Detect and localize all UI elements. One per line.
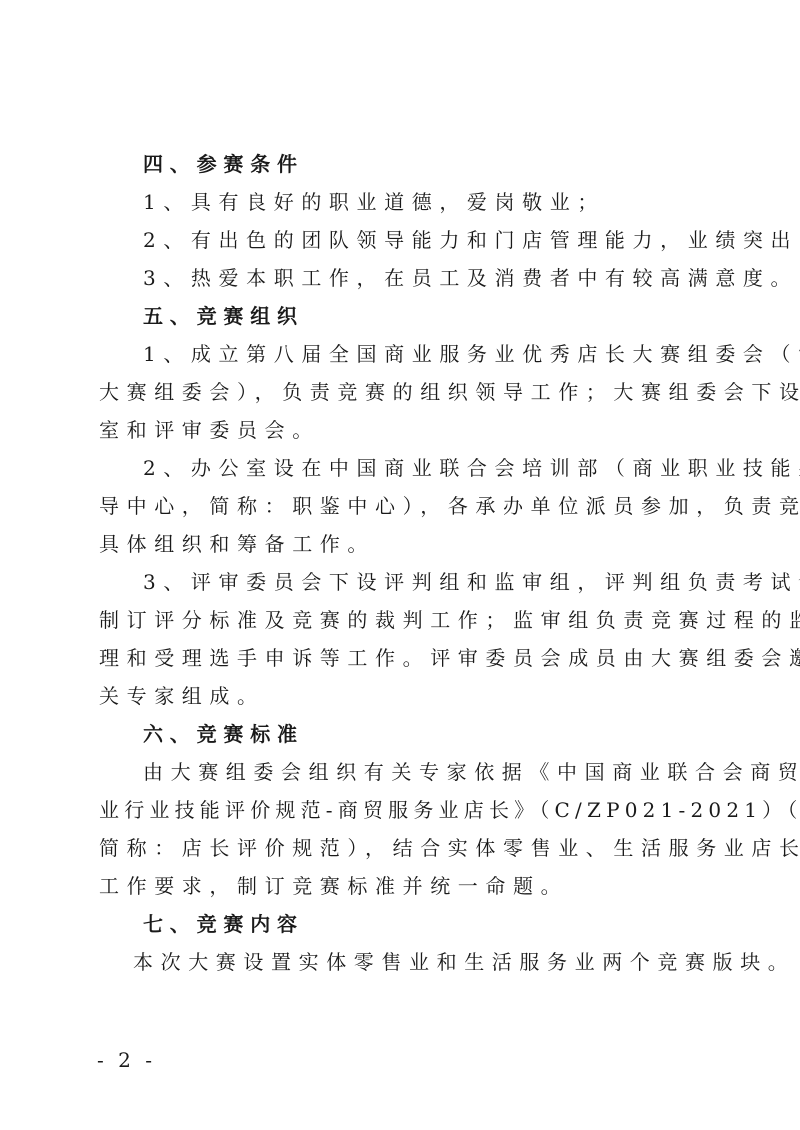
paragraph-line: 简称：店长评价规范），结合实体零售业、生活服务业店长实际 [99, 829, 701, 867]
document-page: 四、参赛条件 1、具有良好的职业道德，爱岗敬业； 2、有出色的团队领导能力和门店… [99, 145, 701, 981]
section-heading-4: 四、参赛条件 [99, 145, 701, 183]
section-heading-7: 七、竞赛内容 [99, 905, 701, 943]
paragraph-line: 关专家组成。 [99, 677, 701, 715]
paragraph-line: 3、评审委员会下设评判组和监审组，评判组负责考试命题、 [99, 563, 701, 601]
paragraph-line: 由大赛组委会组织有关专家依据《中国商业联合会商贸服务 [99, 753, 701, 791]
paragraph-line: 1、成立第八届全国商业服务业优秀店长大赛组委会（简称： [99, 335, 701, 373]
page-number: - 2 - [97, 1048, 156, 1072]
paragraph-line: 1、具有良好的职业道德，爱岗敬业； [99, 183, 701, 221]
paragraph-line: 大赛组委会），负责竞赛的组织领导工作；大赛组委会下设办公 [99, 373, 701, 411]
paragraph-line: 本次大赛设置实体零售业和生活服务业两个竞赛版块。 [99, 943, 701, 981]
paragraph-line: 业行业技能评价规范-商贸服务业店长》（C/ZP021-2021）（以下 [99, 791, 701, 829]
paragraph-line: 室和评审委员会。 [99, 411, 701, 449]
paragraph-line: 理和受理选手申诉等工作。评审委员会成员由大赛组委会邀请有 [99, 639, 701, 677]
paragraph-line: 工作要求，制订竞赛标准并统一命题。 [99, 867, 701, 905]
paragraph-line: 制订评分标准及竞赛的裁判工作；监审组负责竞赛过程的监督管 [99, 601, 701, 639]
paragraph-line: 3、热爱本职工作，在员工及消费者中有较高满意度。 [99, 259, 701, 297]
section-heading-6: 六、竞赛标准 [99, 715, 701, 753]
paragraph-line: 2、有出色的团队领导能力和门店管理能力，业绩突出； [99, 221, 701, 259]
section-heading-5: 五、竞赛组织 [99, 297, 701, 335]
paragraph-line: 具体组织和筹备工作。 [99, 525, 701, 563]
paragraph-line: 导中心，简称：职鉴中心），各承办单位派员参加，负责竞赛的 [99, 487, 701, 525]
paragraph-line: 2、办公室设在中国商业联合会培训部（商业职业技能鉴定指 [99, 449, 701, 487]
